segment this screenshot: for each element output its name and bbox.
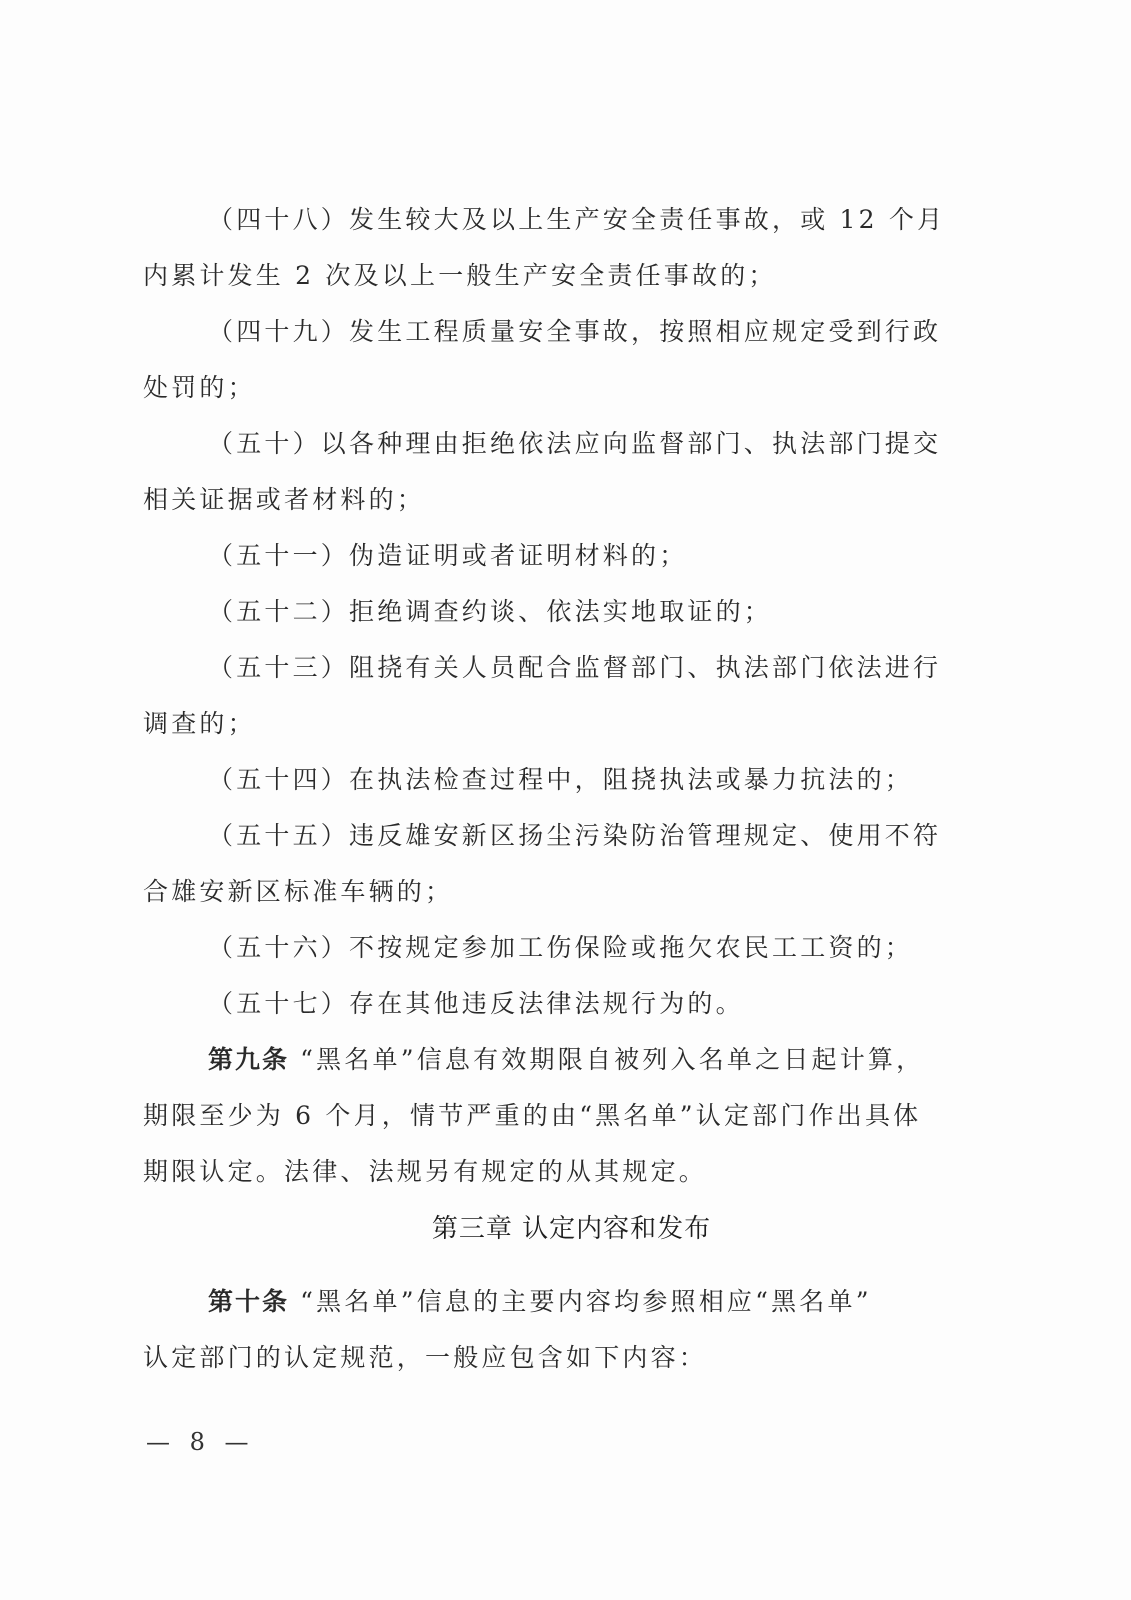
article-9-heading: 第九条 <box>208 1045 289 1074</box>
item-48-line-2: 内累计发生 2 次及以上一般生产安全责任事故的； <box>143 260 777 292</box>
article-10-line-1: 第十条 “黑名单”信息的主要内容均参照相应“黑名单” <box>208 1286 872 1318</box>
item-50-line-1: （五十）以各种理由拒绝依法应向监督部门、执法部门提交 <box>208 428 941 460</box>
article-9-line-2: 期限至少为 6 个月，情节严重的由“黑名单”认定部门作出具体 <box>143 1100 921 1132</box>
chapter-title: 第三章 认定内容和发布 <box>0 1212 1131 1246</box>
item-57: （五十七）存在其他违反法律法规行为的。 <box>208 988 744 1020</box>
item-53-line-2: 调查的； <box>143 708 256 740</box>
article-9-text: “黑名单”信息有效期限自被列入名单之日起计算， <box>289 1045 924 1074</box>
item-50-line-2: 相关证据或者材料的； <box>143 484 425 516</box>
item-55-line-1: （五十五）违反雄安新区扬尘污染防治管理规定、使用不符 <box>208 820 941 852</box>
item-54: （五十四）在执法检查过程中，阻挠执法或暴力抗法的； <box>208 764 913 796</box>
article-9-line-3: 期限认定。法律、法规另有规定的从其规定。 <box>143 1156 707 1188</box>
item-52: （五十二）拒绝调查约谈、依法实地取证的； <box>208 596 772 628</box>
item-51: （五十一）伪造证明或者证明材料的； <box>208 540 687 572</box>
page-number: — 8 — <box>146 1428 255 1456</box>
item-55-line-2: 合雄安新区标准车辆的； <box>143 876 453 908</box>
item-49-line-1: （四十九）发生工程质量安全事故，按照相应规定受到行政 <box>208 316 941 348</box>
article-10-heading: 第十条 <box>208 1287 289 1316</box>
article-10-text: “黑名单”信息的主要内容均参照相应“黑名单” <box>289 1287 872 1316</box>
item-49-line-2: 处罚的； <box>143 372 256 404</box>
item-53-line-1: （五十三）阻挠有关人员配合监督部门、执法部门依法进行 <box>208 652 941 684</box>
document-page: （四十八）发生较大及以上生产安全责任事故，或 12 个月 内累计发生 2 次及以… <box>0 0 1131 1600</box>
article-10-line-2: 认定部门的认定规范，一般应包含如下内容： <box>143 1342 707 1374</box>
item-56: （五十六）不按规定参加工伤保险或拖欠农民工工资的； <box>208 932 913 964</box>
item-48-line-1: （四十八）发生较大及以上生产安全责任事故，或 12 个月 <box>208 204 945 236</box>
article-9-line-1: 第九条 “黑名单”信息有效期限自被列入名单之日起计算， <box>208 1044 924 1076</box>
